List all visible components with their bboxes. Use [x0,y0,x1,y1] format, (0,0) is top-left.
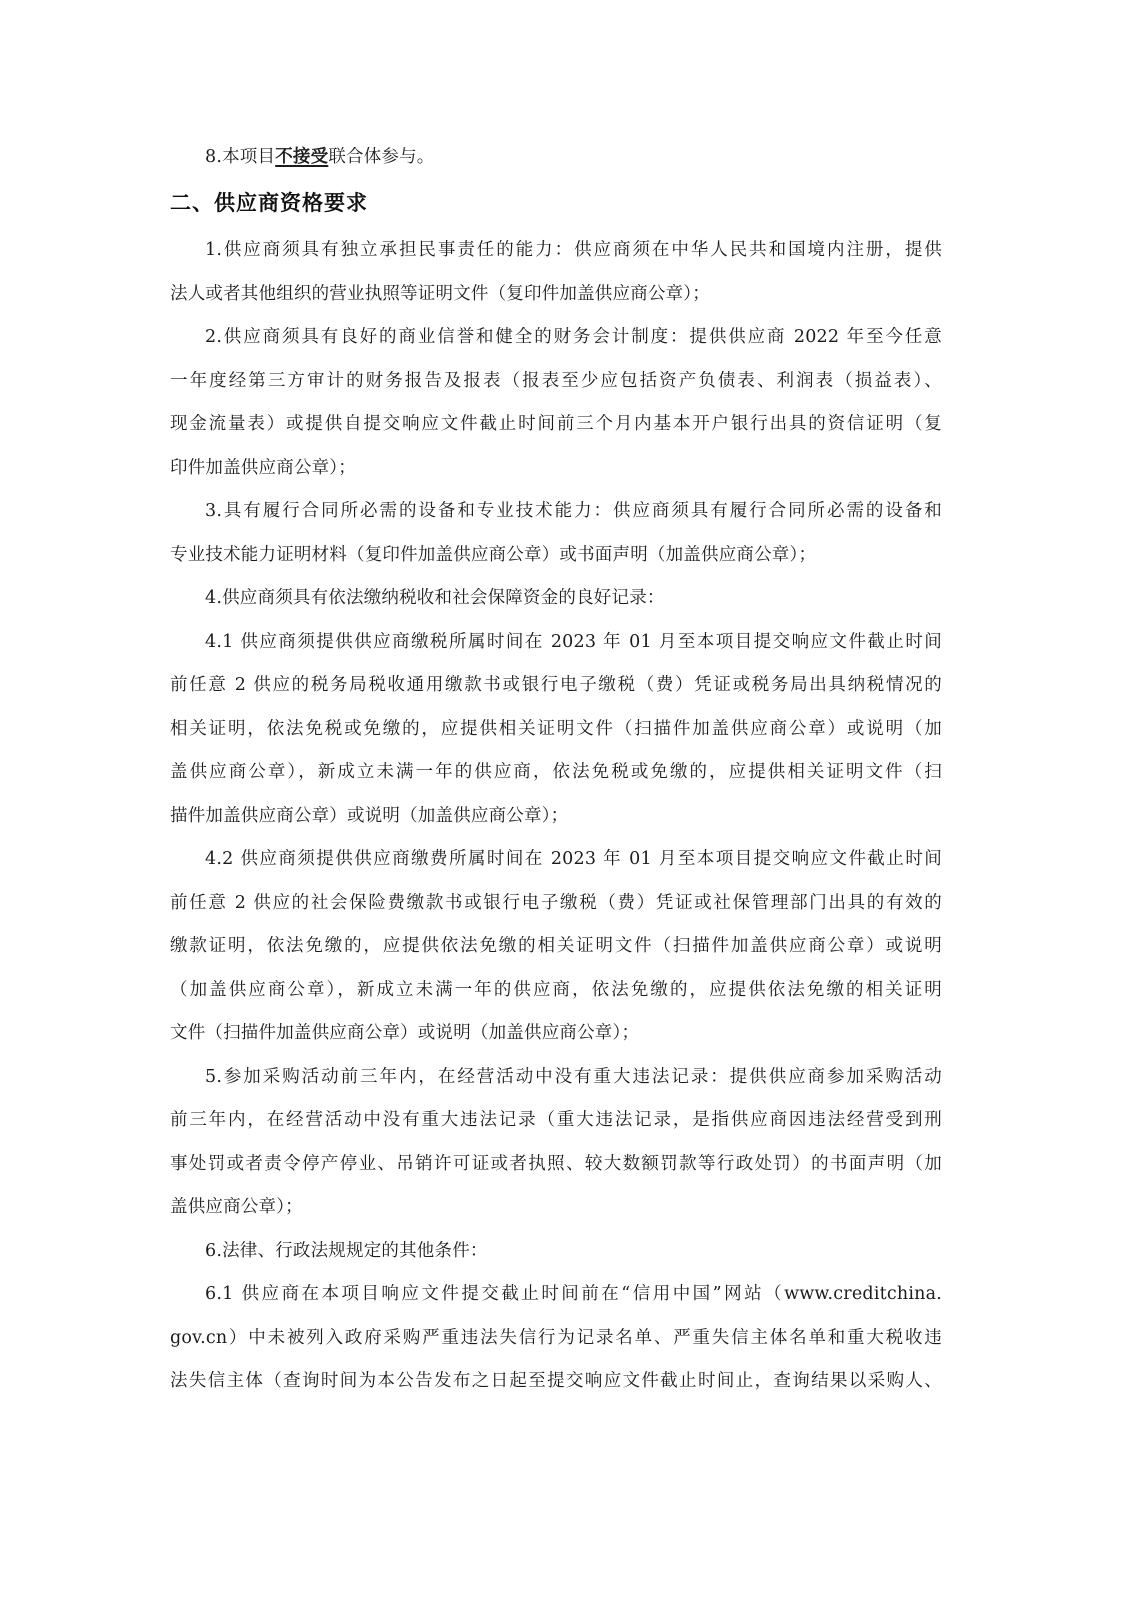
item-8-joint-venture: 8.本项目不接受联合体参与。 [205,145,435,169]
paragraph-line: 前三年内，在经营活动中没有重大违法记录（重大违法记录，是指供应商因违法经营受到刑 [170,1108,942,1132]
paragraph-line: 描件加盖供应商公章）或说明（加盖供应商公章）； [170,804,568,828]
item-8-emphasis: 不接受 [275,147,328,167]
document-page: 8.本项目不接受联合体参与。 二、供应商资格要求 1.供应商须具有独立承担民事责… [0,0,1131,1600]
paragraph-line: 3.具有履行合同所必需的设备和专业技术能力：供应商须具有履行合同所必需的设备和 [205,499,942,523]
paragraph-line: 印件加盖供应商公章）； [170,456,356,480]
paragraph-line: 前任意 2 供应的税务局税收通用缴款书或银行电子缴税（费）凭证或税务局出具纳税情… [170,673,942,697]
paragraph-line: 事处罚或者责令停产停业、吊销许可证或者执照、较大数额罚款等行政处罚）的书面声明（… [170,1152,942,1176]
section-heading: 二、供应商资格要求 [170,189,368,217]
paragraph-line: 缴款证明，依法免缴的，应提供依法免缴的相关证明文件（扫描件加盖供应商公章）或说明 [170,934,942,958]
paragraph-line: 相关证明，依法免税或免缴的，应提供相关证明文件（扫描件加盖供应商公章）或说明（加 [170,717,942,741]
paragraph-line: （加盖供应商公章），新成立未满一年的供应商，依法免缴的，应提供依法免缴的相关证明 [170,978,942,1002]
item-8-prefix: 8.本项目 [205,147,275,167]
item-8-suffix: 联合体参与。 [328,147,434,167]
paragraph-line: 2.供应商须具有良好的商业信誉和健全的财务会计制度：提供供应商 2022 年至今… [205,325,942,349]
paragraph-line: 法失信主体（查询时间为本公告发布之日起至提交响应文件截止时间止，查询结果以采购人… [170,1369,942,1393]
paragraph-line: 5.参加采购活动前三年内，在经营活动中没有重大违法记录：提供供应商参加采购活动 [205,1065,942,1089]
paragraph-line: 一年度经第三方审计的财务报告及报表（报表至少应包括资产负债表、利润表（损益表）、 [170,369,942,393]
paragraph-line: 前任意 2 供应的社会保险费缴款书或银行电子缴税（费）凭证或社保管理部门出具的有… [170,891,942,915]
paragraph-line: 盖供应商公章）； [170,1195,303,1219]
paragraph-line: 6.1 供应商在本项目响应文件提交截止时间前在“信用中国”网站（www.cred… [205,1282,942,1306]
paragraph-line: 专业技术能力证明材料（复印件加盖供应商公章）或书面声明（加盖供应商公章）； [170,543,816,567]
paragraph-line: 4.2 供应商须提供供应商缴费所属时间在 2023 年 01 月至本项目提交响应… [205,847,942,871]
paragraph-line: 法人或者其他组织的营业执照等证明文件（复印件加盖供应商公章）； [170,282,710,306]
paragraph-line: 4.供应商须具有依法缴纳税收和社会保障资金的良好记录： [205,586,665,610]
paragraph-line: 文件（扫描件加盖供应商公章）或说明（加盖供应商公章）； [170,1021,639,1045]
paragraph-line: gov.cn）中未被列入政府采购严重违法失信行为记录名单、严重失信主体名单和重大… [170,1326,942,1350]
paragraph-line: 4.1 供应商须提供供应商缴税所属时间在 2023 年 01 月至本项目提交响应… [205,630,942,654]
paragraph-line: 盖供应商公章），新成立未满一年的供应商，依法免税或免缴的，应提供相关证明文件（扫 [170,760,942,784]
paragraph-line: 6.法律、行政法规规定的其他条件： [205,1239,488,1263]
paragraph-line: 1.供应商须具有独立承担民事责任的能力：供应商须在中华人民共和国境内注册，提供 [205,238,942,262]
paragraph-line: 现金流量表）或提供自提交响应文件截止时间前三个月内基本开户银行出具的资信证明（复 [170,412,942,436]
